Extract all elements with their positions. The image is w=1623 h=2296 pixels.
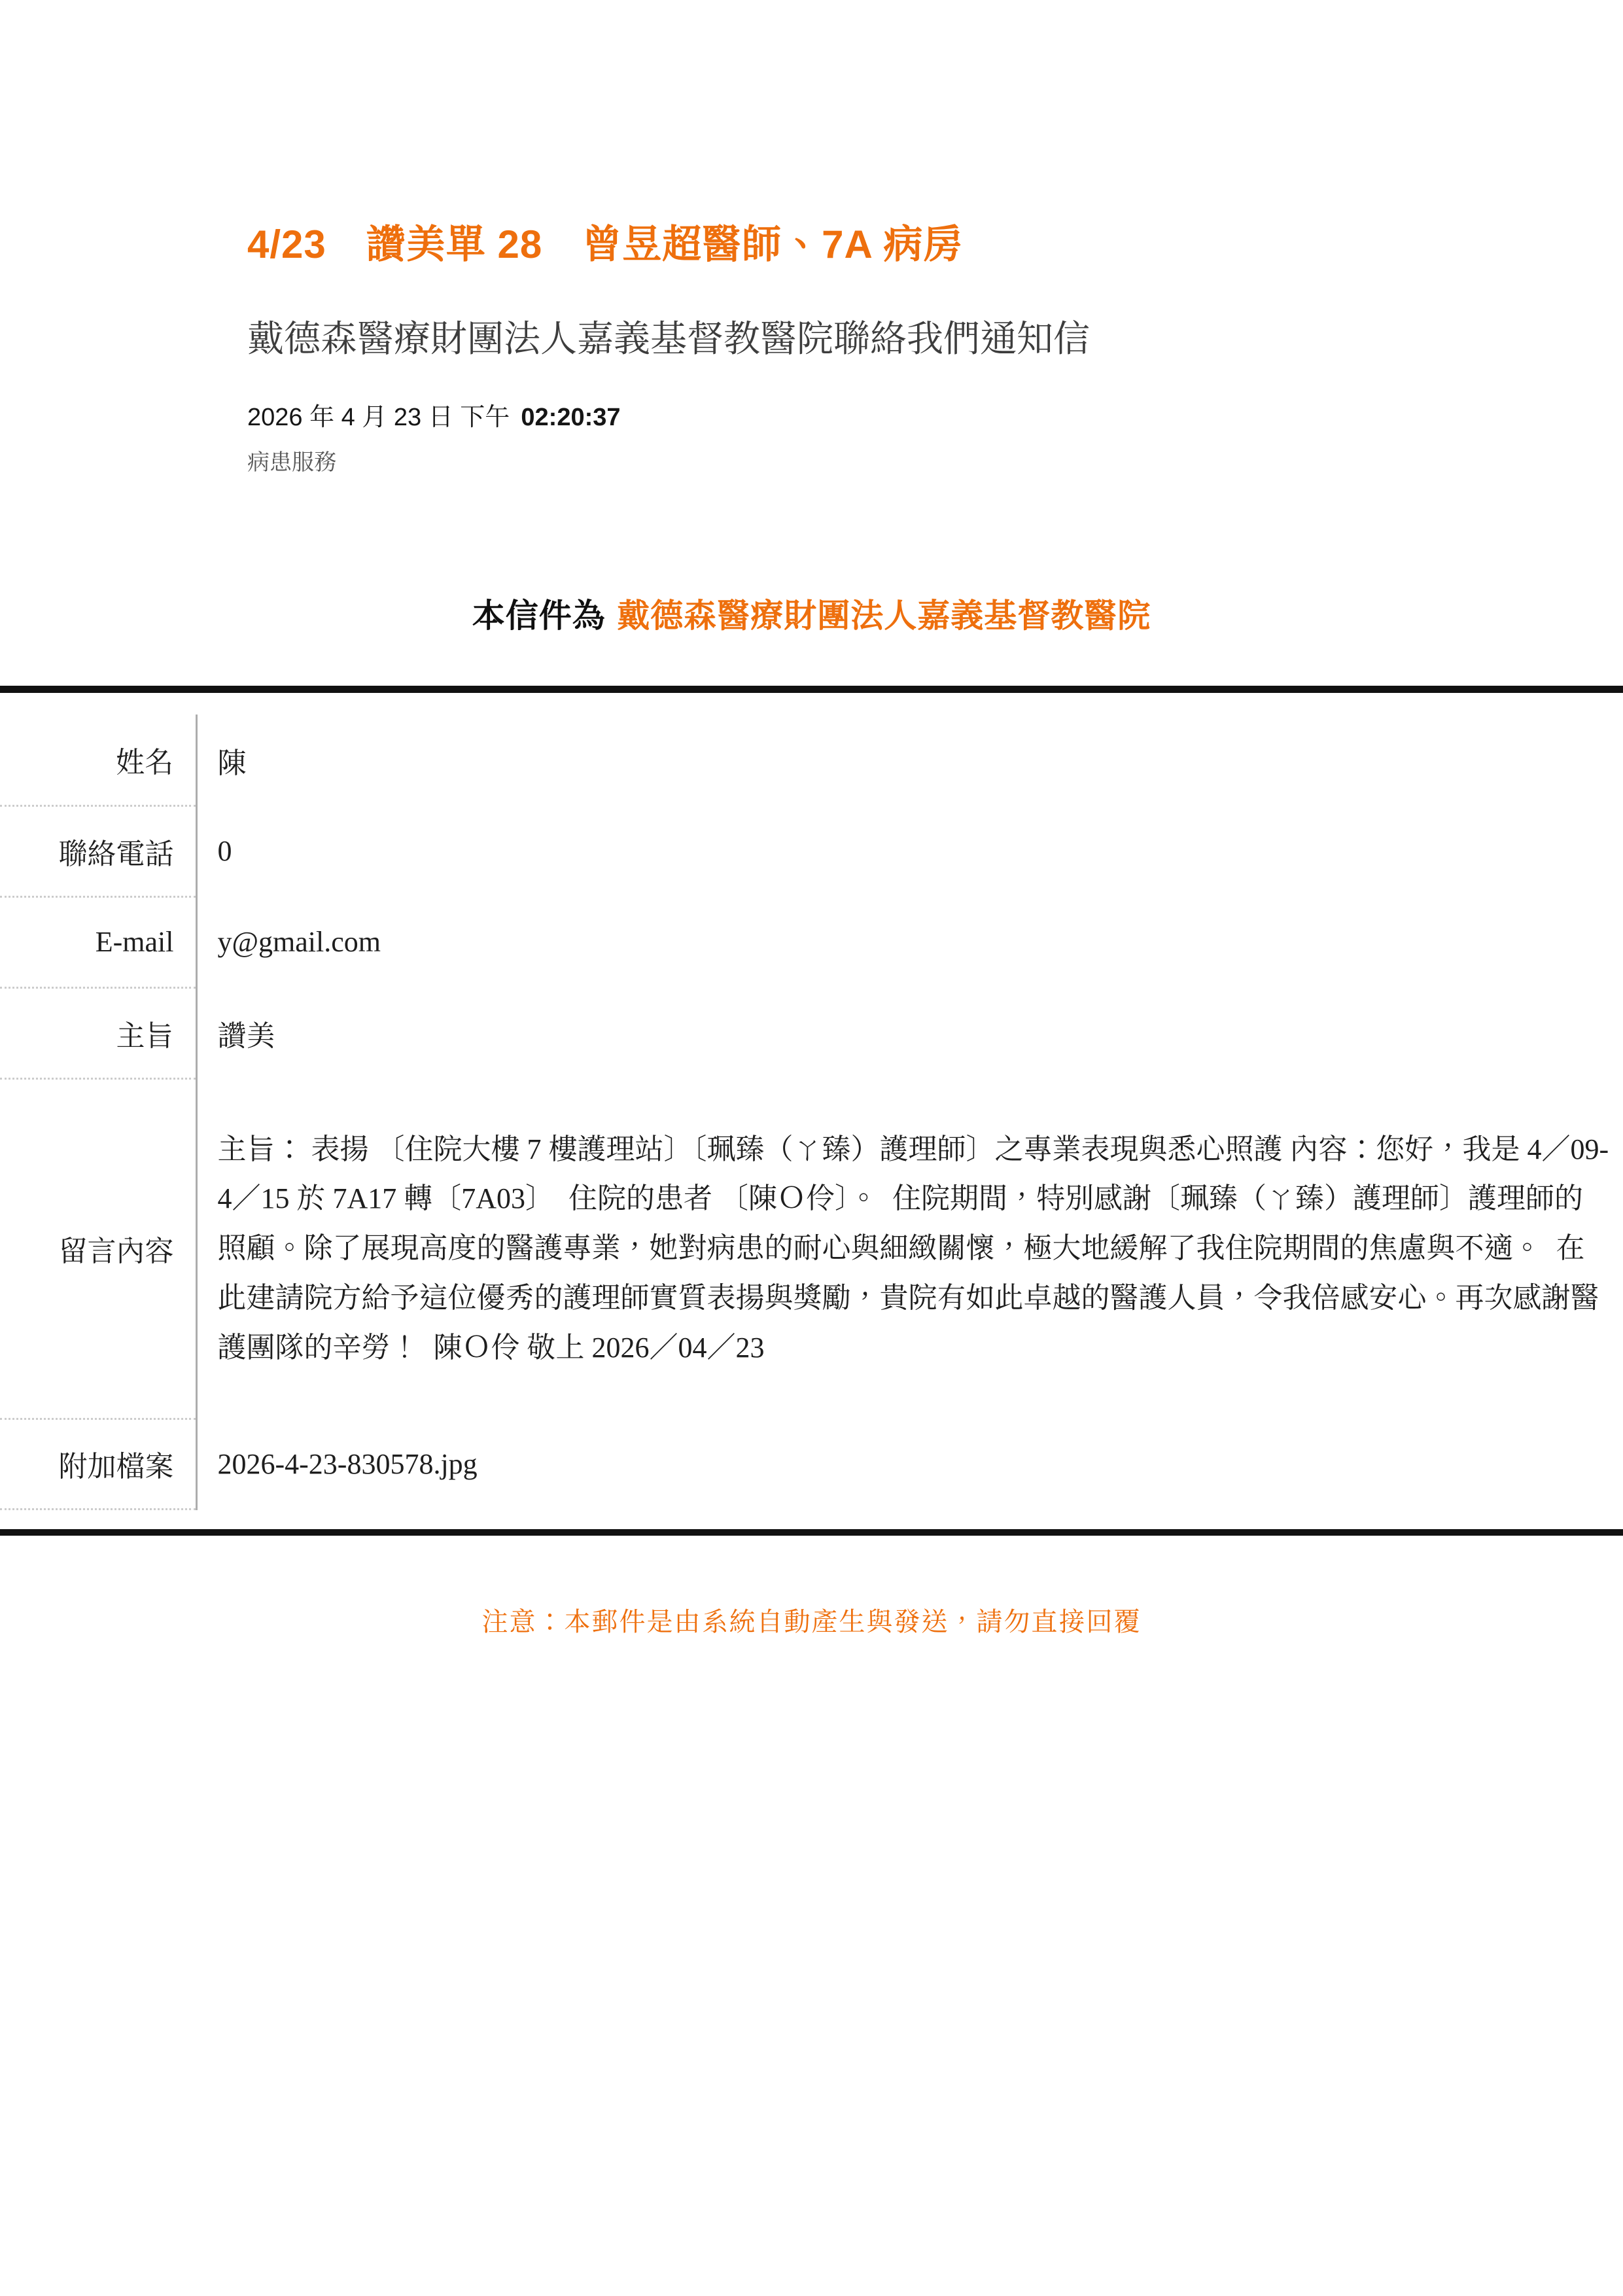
mail-source-banner: 本信件為戴德森醫療財團法人嘉義基督教醫院: [0, 597, 1623, 634]
notification-document: 4/23 讚美單 28 曾昱超醫師、7A 病房 戴德森醫療財團法人嘉義基督教醫院…: [0, 0, 1623, 1637]
auto-reply-notice: 注意：本郵件是由系統自動產生與發送，請勿直接回覆: [0, 1607, 1623, 1637]
field-label-name: 姓名: [0, 715, 196, 805]
field-label-email: E-mail: [0, 896, 196, 987]
field-value-email: y@gmail.com: [196, 896, 1623, 987]
table-row: 姓名 陳: [0, 715, 1623, 805]
field-value-message: 主旨： 表揚 〔住院大樓 7 樓護理站〕〔珮臻（ㄚ臻）護理師〕之專業表現與悉心照…: [218, 1125, 1612, 1372]
date-text: 2026 年 4 月 23 日 下午: [247, 404, 510, 431]
field-value-phone: 0: [196, 805, 1623, 896]
report-tagline: 4/23 讚美單 28 曾昱超醫師、7A 病房: [247, 223, 1571, 266]
table-row: E-mail y@gmail.com: [0, 896, 1623, 987]
bottom-divider: [0, 1529, 1623, 1536]
datetime-line: 2026 年 4 月 23 日 下午02:20:37: [247, 403, 1571, 432]
time-text: 02:20:37: [521, 404, 620, 431]
field-label-message: 留言內容: [0, 1078, 196, 1419]
field-label-phone: 聯絡電話: [0, 805, 196, 896]
field-value-name: 陳: [196, 715, 1623, 805]
banner-hospital-name: 戴德森醫療財團法人嘉義基督教醫院: [617, 597, 1151, 634]
field-label-subject: 主旨: [0, 987, 196, 1078]
service-category: 病患服務: [247, 450, 1571, 476]
table-row: 聯絡電話 0: [0, 805, 1623, 896]
field-label-attachment: 附加檔案: [0, 1419, 196, 1509]
table-row: 留言內容 主旨： 表揚 〔住院大樓 7 樓護理站〕〔珮臻（ㄚ臻）護理師〕之專業表…: [0, 1078, 1623, 1419]
field-value-subject: 讚美: [196, 987, 1623, 1078]
table-row: 附加檔案 2026-4-23-830578.jpg: [0, 1419, 1623, 1509]
contact-form-table: 姓名 陳 聯絡電話 0 E-mail y@gmail.com 主旨 讚美 留言內…: [0, 715, 1623, 1510]
field-value-attachment: 2026-4-23-830578.jpg: [196, 1419, 1623, 1509]
header-block: 4/23 讚美單 28 曾昱超醫師、7A 病房 戴德森醫療財團法人嘉義基督教醫院…: [247, 0, 1571, 476]
table-row: 主旨 讚美: [0, 987, 1623, 1078]
top-divider: [0, 686, 1623, 693]
document-title: 戴德森醫療財團法人嘉義基督教醫院聯絡我們通知信: [247, 318, 1571, 360]
banner-prefix: 本信件為: [472, 597, 606, 634]
